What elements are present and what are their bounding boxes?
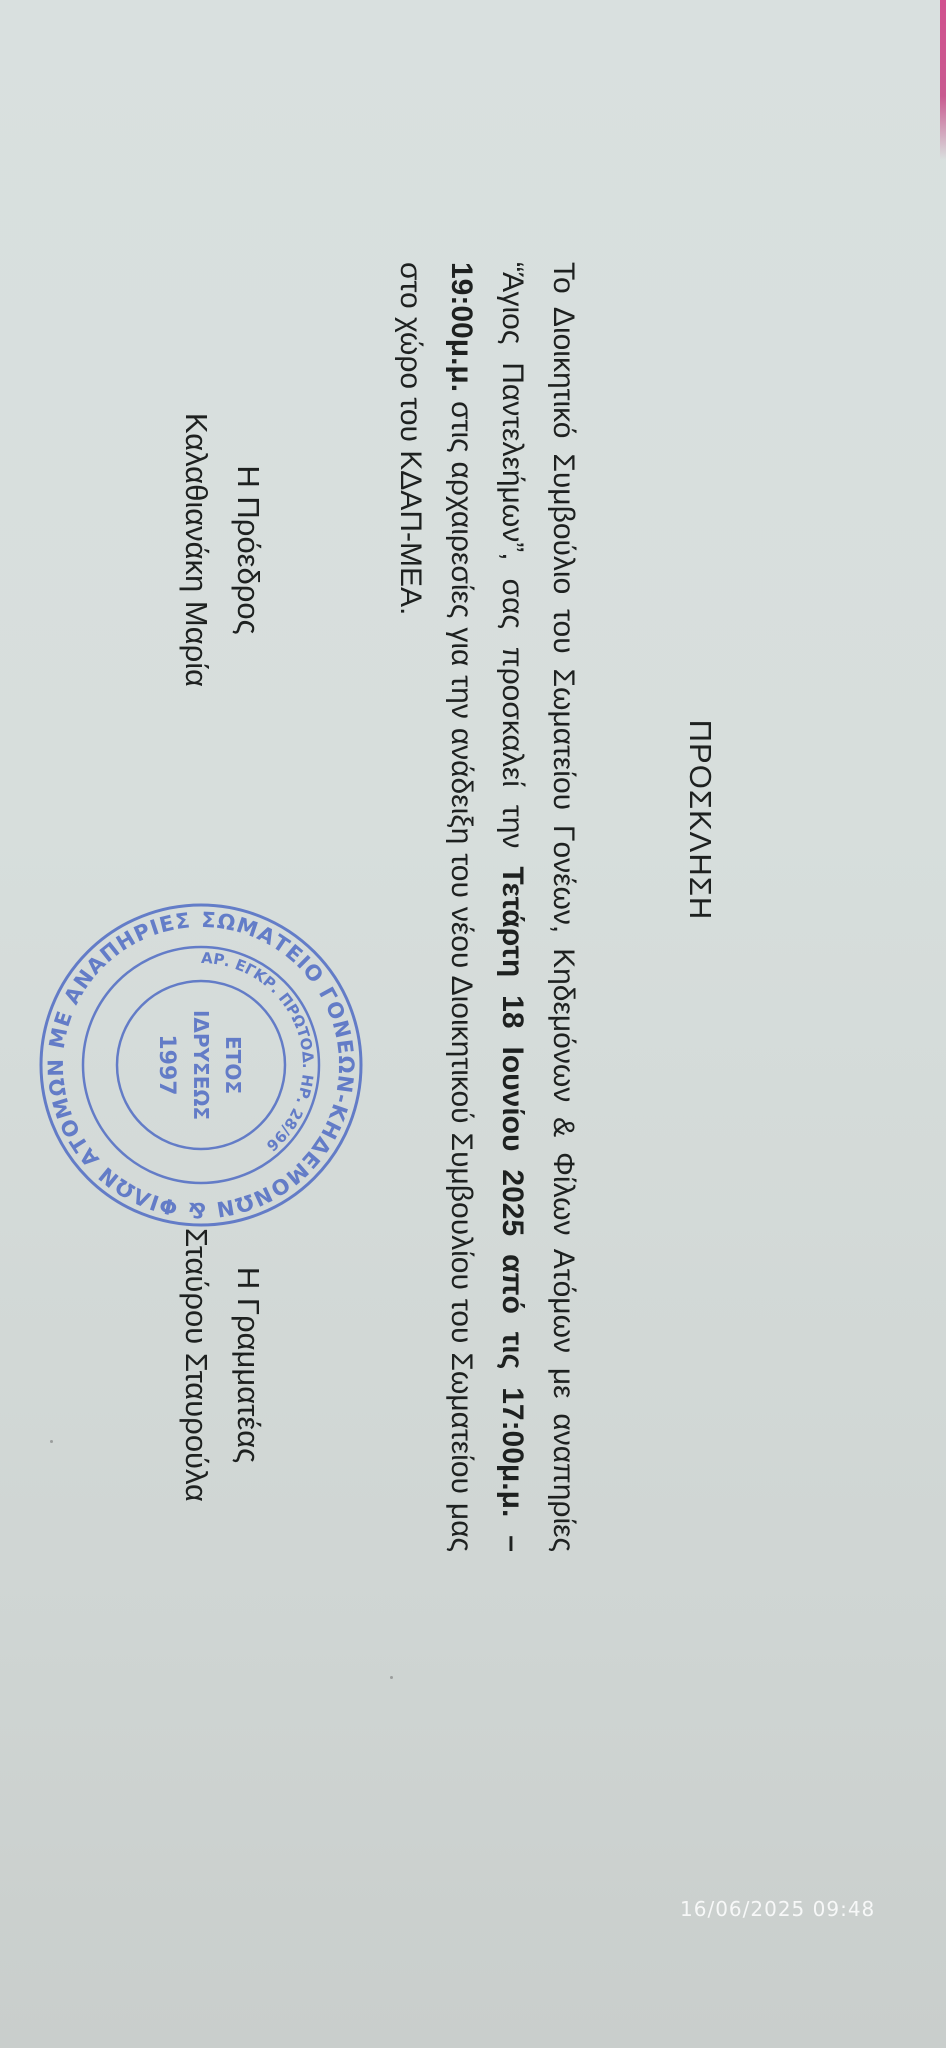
stamp-center-2: ΙΔΡΥΣΕΩΣ (189, 1010, 213, 1120)
secretary-role: Η Γραμματέας (222, 1200, 274, 1530)
photo-timestamp: 16/06/2025 09:48 (680, 1897, 875, 1921)
secretary-name: Σταύρου Σταυρούλα (170, 1200, 222, 1530)
signature-president: Η Πρόεδρος Καλαθιανάκη Μαρία (170, 400, 274, 700)
stamp-middle-text: ΑΡ. ΕΓΚΡ. ΠΡΩΤΟΔ. ΗΡ. 28/96 (201, 949, 317, 1155)
document-title: ΠΡΟΣΚΛΗΣΗ (682, 0, 718, 1640)
body-part-2: στις αρχαιρεσίες για την ανάδειξη του νέ… (394, 262, 478, 1552)
document-body: Το Διοικητικό Συμβούλιο του Σωματείου Γο… (385, 262, 589, 1552)
association-stamp-icon: ΣΩΜΑΤΕΙΟ ΓΟΝΕΩΝ-ΚΗΔΕΜΟΝΩΝ & ΦΙΛΩΝ ΑΤΟΜΩΝ… (36, 900, 366, 1230)
invitation-document: ΠΡΟΣΚΛΗΣΗ Το Διοικητικό Συμβούλιο του Σω… (0, 0, 946, 2048)
stamp-center-3: 1997 (154, 1034, 179, 1095)
stamp-center-1: ΕΤΟΣ (221, 1036, 245, 1094)
signature-secretary: Η Γραμματέας Σταύρου Σταυρούλα (170, 1200, 274, 1530)
svg-text:ΑΡ. ΕΓΚΡ. ΠΡΩΤΟΔ. ΗΡ. 28/96: ΑΡ. ΕΓΚΡ. ΠΡΩΤΟΔ. ΗΡ. 28/96 (201, 949, 317, 1155)
president-role: Η Πρόεδρος (222, 400, 274, 700)
president-name: Καλαθιανάκη Μαρία (170, 400, 222, 700)
